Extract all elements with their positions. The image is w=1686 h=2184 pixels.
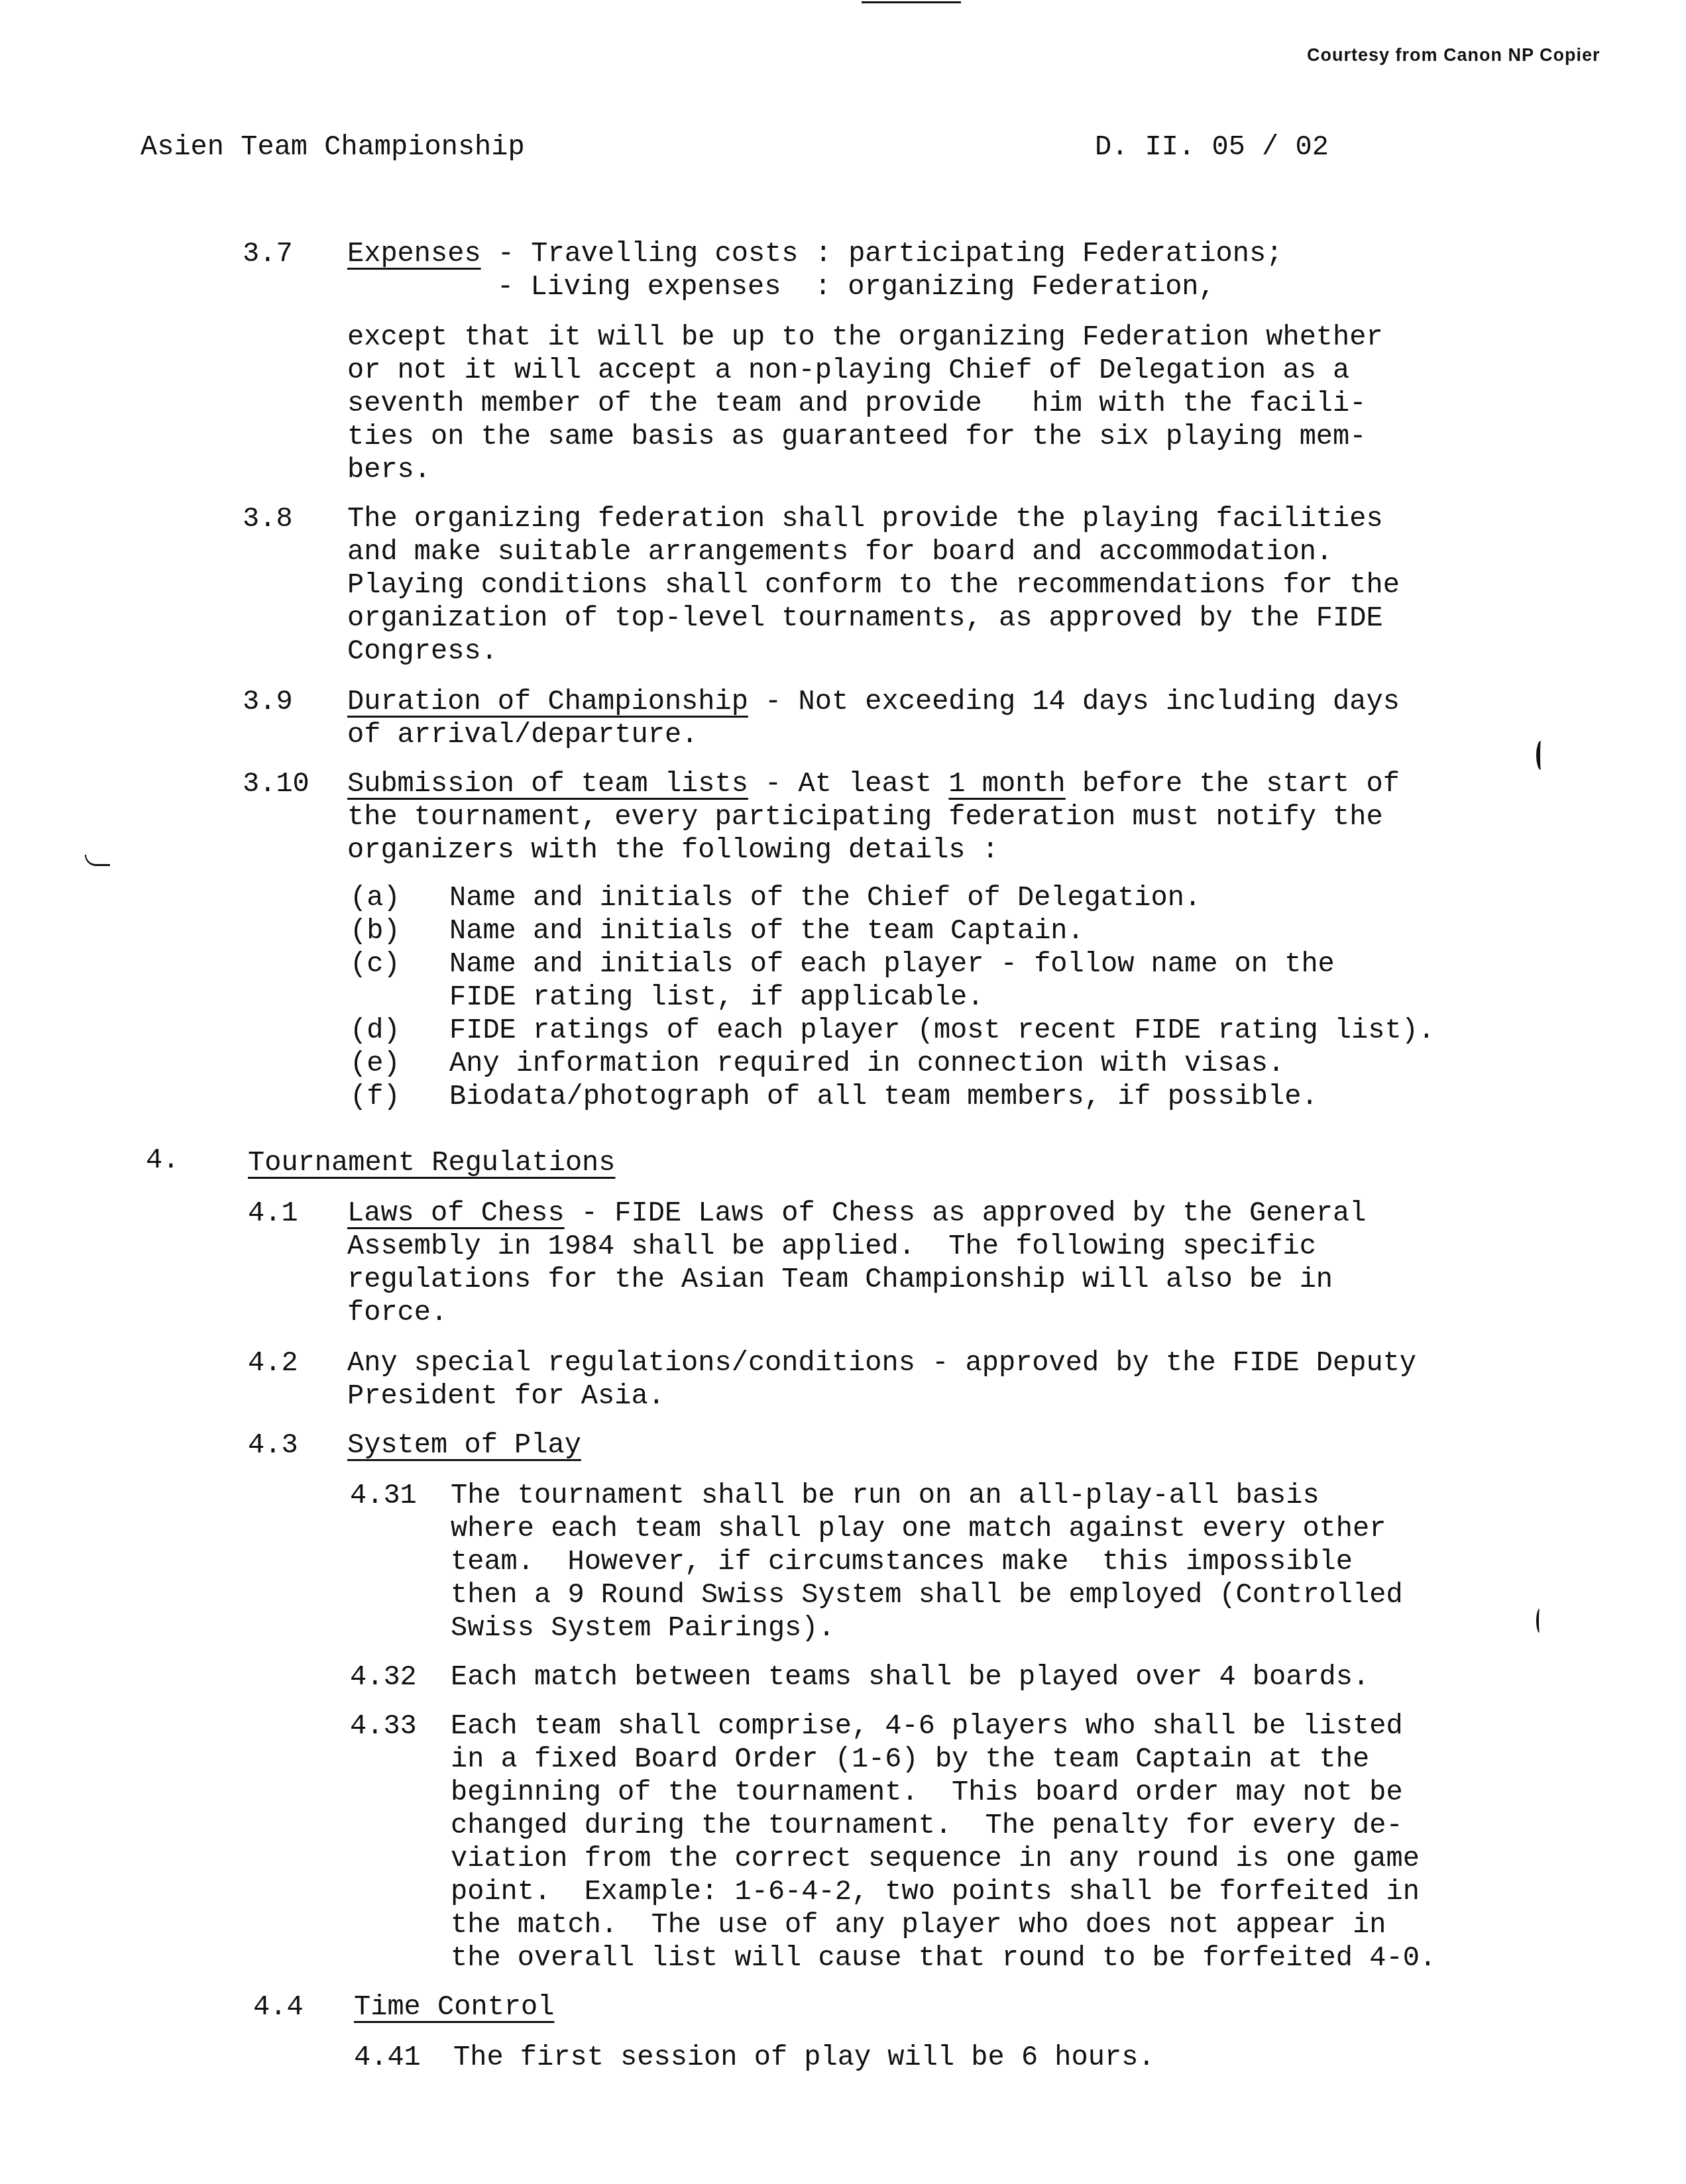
section-heading: Tournament Regulations: [248, 1146, 616, 1179]
list-item-label: (f): [350, 1080, 400, 1113]
list-item-text: Name and initials of the team Captain.: [449, 914, 1084, 948]
list-item-label: (e): [350, 1047, 400, 1080]
section-4-1-line-1: Laws of Chess - FIDE Laws of Chess as ap…: [347, 1197, 1366, 1230]
list-item-text: Name and initials of each player - follo…: [449, 948, 1335, 981]
section-number: 4.2: [248, 1346, 298, 1380]
scan-artifact-paren-mark: [1536, 1609, 1543, 1633]
paragraph-line: Each team shall comprise, 4-6 players wh…: [451, 1710, 1403, 1743]
paragraph-line: Swiss System Pairings).: [451, 1611, 835, 1645]
section-3-10-line-1: Submission of team lists - At least 1 mo…: [347, 767, 1400, 800]
section-number: 3.7: [243, 237, 293, 270]
paragraph-line: then a 9 Round Swiss System shall be emp…: [451, 1578, 1403, 1611]
list-item-text: Name and initials of the Chief of Delega…: [449, 881, 1201, 914]
list-item-label: (a): [350, 881, 400, 914]
section-heading: Duration of Championship: [347, 686, 748, 718]
section-number: 4.1: [248, 1197, 298, 1230]
copier-courtesy-note: Courtesy from Canon NP Copier: [1307, 45, 1601, 66]
section-number: 3.9: [243, 685, 293, 718]
list-item-text: FIDE rating list, if applicable.: [449, 981, 984, 1014]
section-number: 4.4: [253, 1991, 304, 2024]
paragraph-line: the match. The use of any player who doe…: [451, 1908, 1386, 1941]
section-3-9-line-1: Duration of Championship - Not exceeding…: [347, 685, 1400, 718]
section-3-7-line-1: Expenses - Travelling costs : participat…: [347, 237, 1282, 270]
list-item-text: Biodata/photograph of all team members, …: [449, 1080, 1318, 1113]
paragraph-line: regulations for the Asian Team Champions…: [347, 1263, 1333, 1296]
paragraph-line: seventh member of the team and provide h…: [347, 387, 1366, 420]
section-heading: Submission of team lists: [347, 768, 748, 800]
paragraph-line: team. However, if circumstances make thi…: [451, 1545, 1353, 1578]
paragraph-line: beginning of the tournament. This board …: [451, 1776, 1403, 1809]
paragraph-line: the overall list will cause that round t…: [451, 1941, 1436, 1975]
paragraph-line: organizers with the following details :: [347, 834, 999, 867]
paragraph-line: force.: [347, 1296, 447, 1329]
section-heading: Time Control: [354, 1991, 554, 2024]
section-number: 4.32: [350, 1661, 417, 1694]
list-item-label: (b): [350, 914, 400, 948]
section-3-7-line-2: - Living expenses : organizing Federatio…: [497, 270, 1215, 303]
paragraph-line: changed during the tournament. The penal…: [451, 1809, 1403, 1842]
paragraph-line: where each team shall play one match aga…: [451, 1512, 1386, 1545]
emphasized-deadline: 1 month: [948, 768, 1065, 800]
paragraph-line: Congress.: [347, 635, 498, 668]
list-item-text: FIDE ratings of each player (most recent…: [449, 1014, 1435, 1047]
paragraph-line: The tournament shall be run on an all-pl…: [451, 1479, 1320, 1512]
document-reference: D. II. 05 / 02: [1095, 131, 1329, 163]
document-title: Asien Team Championship: [140, 131, 525, 163]
paragraph-line: except that it will be up to the organiz…: [347, 321, 1383, 354]
paragraph-line: viation from the correct sequence in any…: [451, 1842, 1420, 1875]
section-number: 4.31: [350, 1479, 417, 1512]
scan-artifact-top-rule: [862, 1, 961, 3]
section-number: 3.10: [243, 767, 309, 800]
paragraph-line: President for Asia.: [347, 1380, 665, 1413]
paragraph-line: in a fixed Board Order (1-6) by the team…: [451, 1743, 1369, 1776]
paragraph-line: of arrival/departure.: [347, 718, 698, 751]
paragraph-line: and make suitable arrangements for board…: [347, 535, 1333, 569]
paragraph-line: or not it will accept a non-playing Chie…: [347, 354, 1349, 387]
section-heading: Laws of Chess: [347, 1197, 565, 1229]
paragraph-line: point. Example: 1-6-4-2, two points shal…: [451, 1875, 1420, 1908]
section-number: 3.8: [243, 502, 293, 535]
section-number: 4.: [146, 1144, 179, 1177]
scan-artifact-paren-mark: [1536, 741, 1545, 770]
list-item-label: (c): [350, 948, 400, 981]
section-heading: System of Play: [347, 1429, 581, 1462]
section-heading: Expenses: [347, 238, 481, 270]
section-number: 4.33: [350, 1710, 417, 1743]
scan-artifact-margin-curve: [85, 855, 110, 866]
list-item-text: Any information required in connection w…: [449, 1047, 1284, 1080]
list-item-label: (d): [350, 1014, 400, 1047]
paragraph-line: The organizing federation shall provide …: [347, 502, 1383, 535]
paragraph-line: organization of top-level tournaments, a…: [347, 602, 1383, 635]
paragraph-line: bers.: [347, 453, 431, 486]
section-number: 4.41: [354, 2041, 421, 2074]
paragraph-line: The first session of play will be 6 hour…: [453, 2041, 1155, 2074]
paragraph-line: Playing conditions shall conform to the …: [347, 569, 1400, 602]
paragraph-line: Any special regulations/conditions - app…: [347, 1346, 1416, 1380]
section-number: 4.3: [248, 1429, 298, 1462]
paragraph-line: Each match between teams shall be played…: [451, 1661, 1369, 1694]
paragraph-line: the tournament, every participating fede…: [347, 800, 1383, 834]
paragraph-line: ties on the same basis as guaranteed for…: [347, 420, 1366, 453]
paragraph-line: Assembly in 1984 shall be applied. The f…: [347, 1230, 1316, 1263]
